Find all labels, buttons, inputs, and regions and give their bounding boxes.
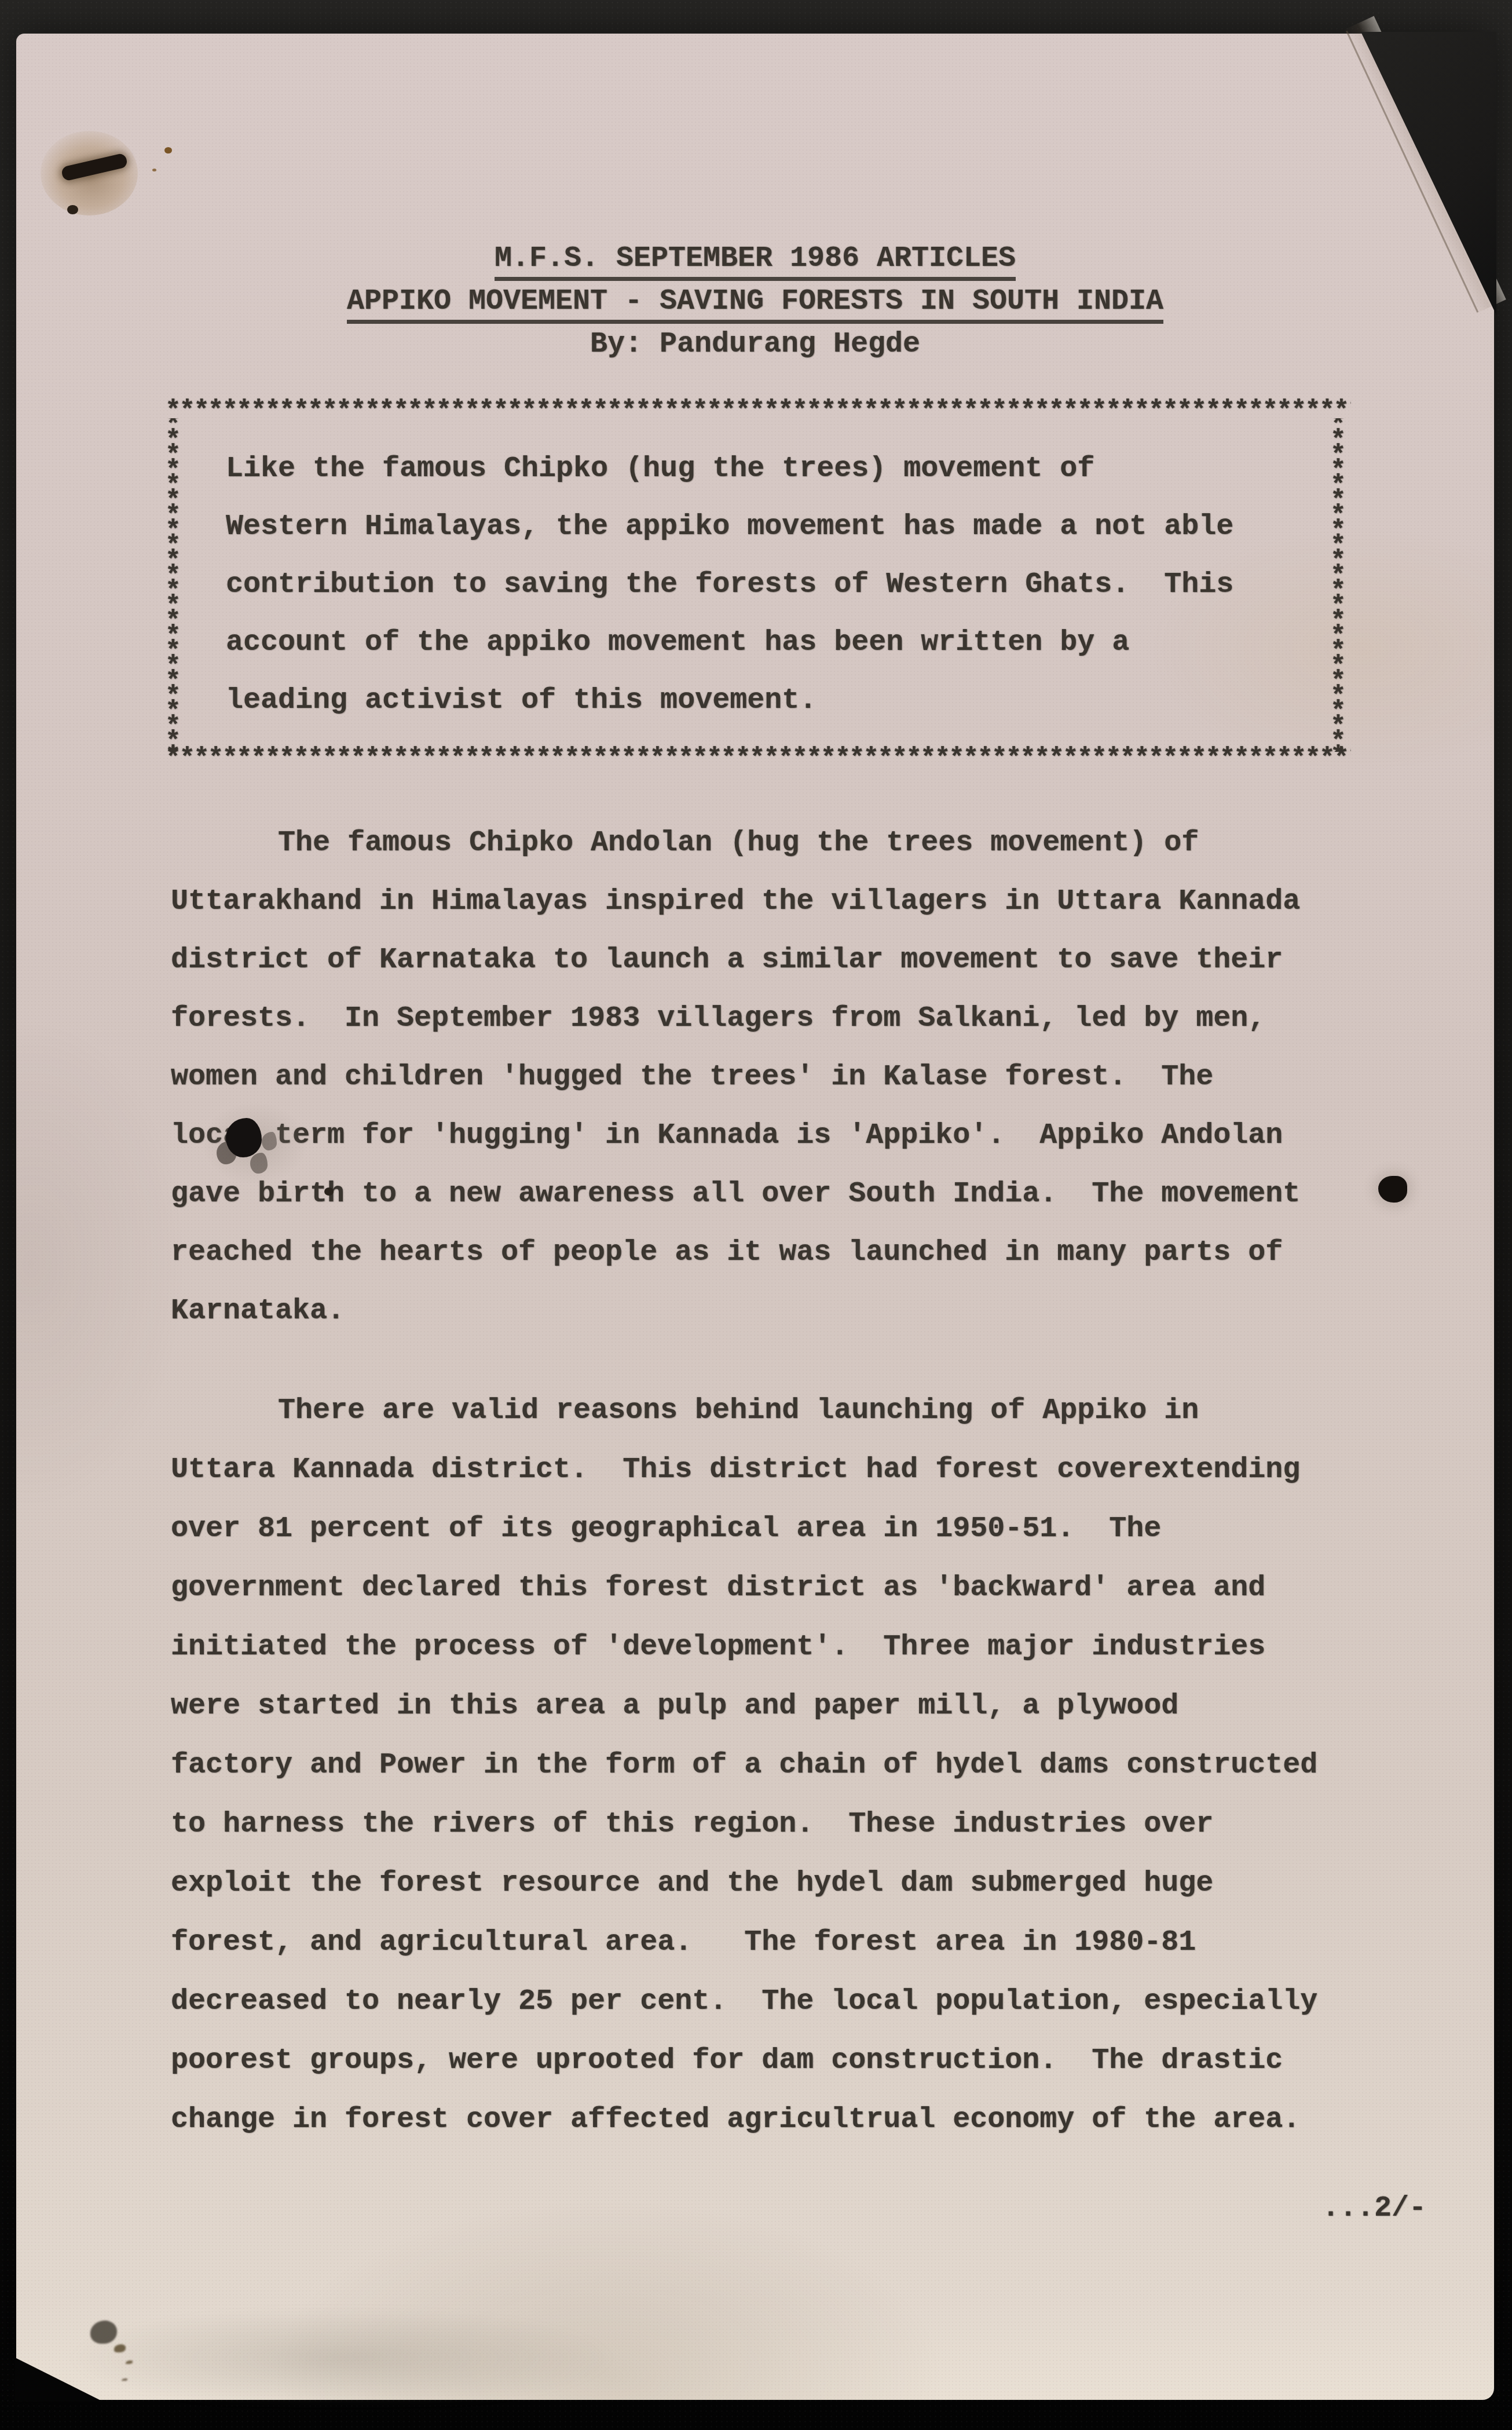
body-line: forests. In September 1983 villagers fro… xyxy=(171,989,1300,1048)
body-line: factory and Power in the form of a chain… xyxy=(171,1736,1317,1795)
body-line: to harness the rivers of this region. Th… xyxy=(171,1795,1317,1854)
body-line: Karnataka. xyxy=(171,1282,1300,1340)
body-line: district of Karnataka to launch a simila… xyxy=(171,931,1300,989)
body-line: The famous Chipko Andolan (hug the trees… xyxy=(171,814,1300,872)
body-line: poorest groups, were uprooted for dam co… xyxy=(171,2031,1317,2091)
paragraph-1: The famous Chipko Andolan (hug the trees… xyxy=(171,814,1300,1340)
body-line: over 81 percent of its geographical area… xyxy=(171,1500,1317,1559)
abstract-line: leading activist of this movement. xyxy=(226,672,1316,730)
body-line: forest, and agricultural area. The fores… xyxy=(171,1913,1317,1972)
abstract-box-border-left: ************************** xyxy=(165,418,185,752)
body-line: exploit the forest resource and the hyde… xyxy=(171,1854,1317,1913)
abstract-line: contribution to saving the forests of We… xyxy=(226,556,1316,614)
body-line: women and children 'hugged the trees' in… xyxy=(171,1048,1300,1106)
abstract-line: Like the famous Chipko (hug the trees) m… xyxy=(226,440,1316,498)
body-line: initiated the process of 'development'. … xyxy=(171,1618,1317,1677)
body-line: local term for 'hugging' in Kannada is '… xyxy=(171,1106,1300,1165)
abstract-line: account of the appiko movement has been … xyxy=(226,614,1316,672)
document-page: M.F.S. SEPTEMBER 1986 ARTICLES APPIKO MO… xyxy=(16,34,1494,2400)
header-byline: By: Pandurang Hegde xyxy=(16,323,1494,366)
page-text-layer: M.F.S. SEPTEMBER 1986 ARTICLES APPIKO MO… xyxy=(16,34,1494,2400)
paragraph-2: There are valid reasons behind launching… xyxy=(171,1382,1317,2150)
body-line: Uttarakhand in Himalayas inspired the vi… xyxy=(171,872,1300,931)
body-line: change in forest cover affected agricult… xyxy=(171,2091,1317,2150)
body-line: government declared this forest district… xyxy=(171,1559,1317,1618)
body-line: Uttara Kannada district. This district h… xyxy=(171,1441,1317,1500)
header-title-line-2: APPIKO MOVEMENT - SAVING FORESTS IN SOUT… xyxy=(16,280,1494,323)
header-title-line-2-text: APPIKO MOVEMENT - SAVING FORESTS IN SOUT… xyxy=(347,285,1163,324)
abstract-box-border-right: ************************** xyxy=(1330,418,1350,752)
body-line: There are valid reasons behind launching… xyxy=(171,1382,1317,1441)
abstract-box-border-bottom: ****************************************… xyxy=(165,745,1351,773)
header-title-line-1: M.F.S. SEPTEMBER 1986 ARTICLES xyxy=(16,237,1494,280)
body-line: reached the hearts of people as it was l… xyxy=(171,1223,1300,1282)
abstract-line: Western Himalayas, the appiko movement h… xyxy=(226,498,1316,556)
abstract-box-border-top: ****************************************… xyxy=(165,397,1351,425)
page-marker: ...2/- xyxy=(1322,2186,1426,2232)
body-line: gave birth to a new awareness all over S… xyxy=(171,1165,1300,1223)
body-line: were started in this area a pulp and pap… xyxy=(171,1677,1317,1736)
abstract-box: ****************************************… xyxy=(165,397,1351,773)
document-header: M.F.S. SEPTEMBER 1986 ARTICLES APPIKO MO… xyxy=(16,237,1494,366)
body-line: decreased to nearly 25 per cent. The loc… xyxy=(171,1972,1317,2031)
scanned-document-photo: { "document": { "header": { "line1": "M.… xyxy=(0,0,1512,2430)
header-title-line-1-text: M.F.S. SEPTEMBER 1986 ARTICLES xyxy=(495,242,1016,281)
abstract-text: Like the famous Chipko (hug the trees) m… xyxy=(226,440,1316,730)
